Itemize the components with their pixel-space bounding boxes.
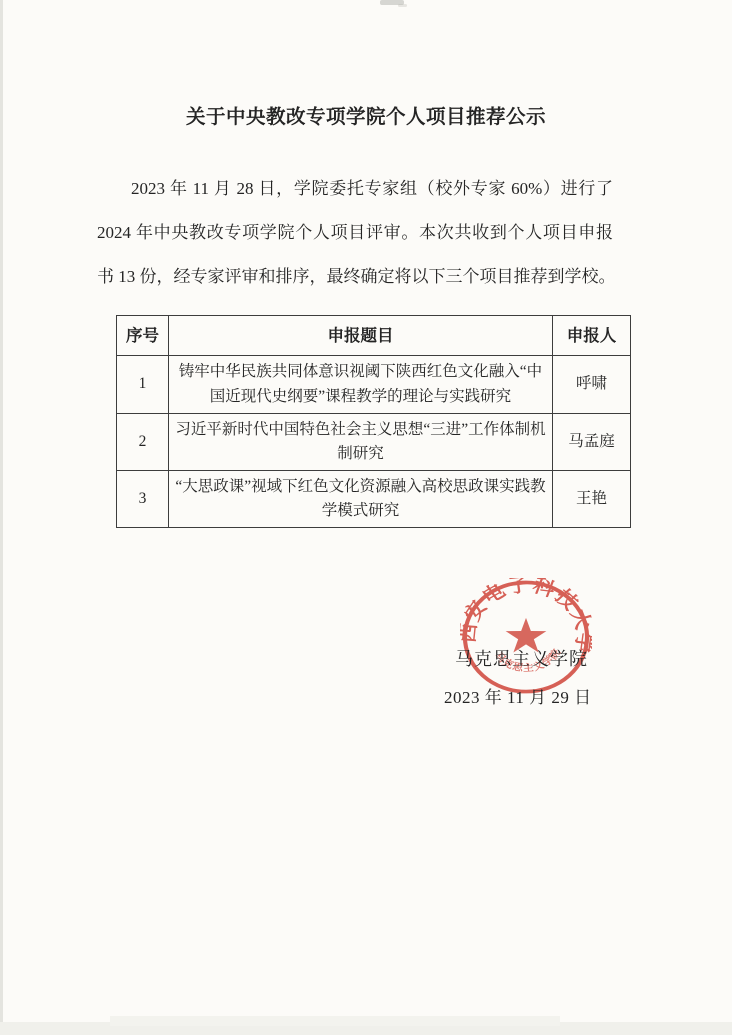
paragraph-line-1: 2023 年 11 月 28 日，学院委托专家组（校外专家 60%）进行了 (97, 167, 613, 211)
signature-date: 2023 年 11 月 29 日 (444, 683, 592, 708)
signature-organization: 马克思主义学院 (455, 645, 588, 671)
scan-edge-shadow (0, 0, 3, 1035)
table-row: 2 习近平新时代中国特色社会主义思想“三进”工作体制机制研究 马孟庭 (117, 414, 631, 471)
row-number-cell: 3 (117, 471, 169, 528)
header-project-title: 申报题目 (169, 316, 553, 356)
projects-table: 序号 申报题目 申报人 1 铸牢中华民族共同体意识视阈下陕西红色文化融入“中国近… (116, 315, 631, 528)
row-number-cell: 2 (117, 414, 169, 471)
row-number-cell: 1 (117, 356, 169, 414)
table-header-row: 序号 申报题目 申报人 (117, 316, 631, 356)
applicant-cell: 王艳 (553, 471, 631, 528)
applicant-cell: 呼啸 (553, 356, 631, 414)
paragraph-line-3: 书 13 份，经专家评审和排序，最终确定将以下三个项目推荐到学校。 (97, 255, 613, 299)
applicant-cell: 马孟庭 (553, 414, 631, 471)
table-row: 3 “大思政课”视域下红色文化资源融入高校思政课实践教学模式研究 王艳 (117, 471, 631, 528)
header-serial-number: 序号 (117, 316, 169, 356)
scanned-document-page: 关于中央教改专项学院个人项目推荐公示 2023 年 11 月 28 日，学院委托… (0, 0, 732, 1035)
document-title: 关于中央教改专项学院个人项目推荐公示 (0, 101, 732, 129)
project-title-cell: 习近平新时代中国特色社会主义思想“三进”工作体制机制研究 (169, 414, 553, 471)
body-paragraph: 2023 年 11 月 28 日，学院委托专家组（校外专家 60%）进行了 20… (97, 167, 613, 299)
scan-smudge-small (398, 4, 407, 7)
header-applicant: 申报人 (553, 316, 631, 356)
project-title-cell: “大思政课”视域下红色文化资源融入高校思政课实践教学模式研究 (169, 471, 553, 528)
project-title-cell: 铸牢中华民族共同体意识视阈下陕西红色文化融入“中国近现代史纲要”课程教学的理论与… (169, 356, 553, 414)
official-seal: 西安电子科技大学 马克思主义学院 (460, 578, 592, 696)
paragraph-line-2: 2024 年中央教改专项学院个人项目评审。本次共收到个人项目申报 (97, 211, 613, 255)
scan-bottom-band-inner (110, 1016, 560, 1026)
table-row: 1 铸牢中华民族共同体意识视阈下陕西红色文化融入“中国近现代史纲要”课程教学的理… (117, 356, 631, 414)
